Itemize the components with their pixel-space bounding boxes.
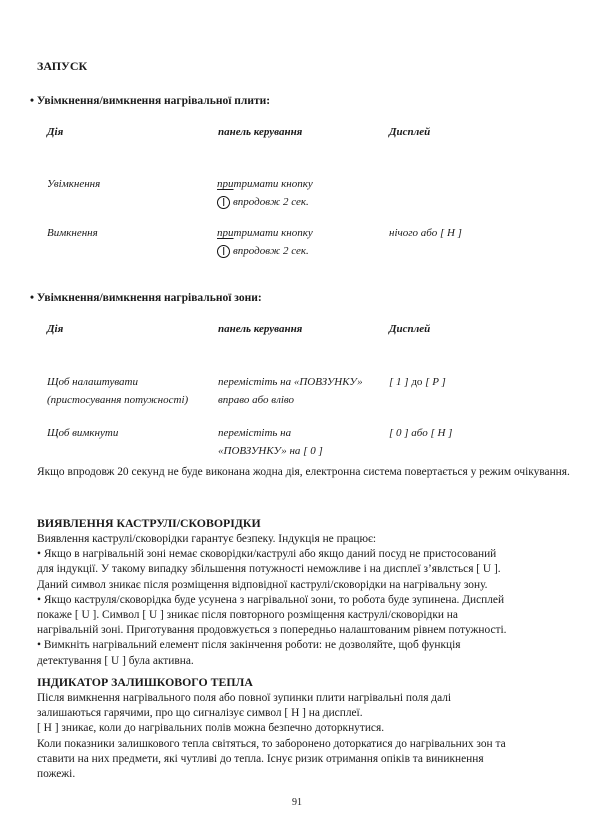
body-line: • Вимкніть нагрівальний елемент після за… [37, 638, 507, 653]
standby-note: Якщо впродовж 20 секунд не буде виконана… [37, 465, 577, 480]
body-line: Даний символ зникає після розміщення від… [37, 578, 507, 593]
zone-row-1-control: перемістіть на «ПОВЗУНКУ» вправо або влі… [218, 373, 363, 409]
hob-row-1-action: Увімкнення [47, 175, 100, 193]
control-line-2: вправо або вліво [218, 391, 363, 409]
hob-col-display: Дисплей [389, 126, 430, 138]
action-line-1: Щоб налаштувати [47, 373, 188, 391]
zone-col-action: Дія [47, 323, 63, 335]
pan-detection-body: Виявлення каструлі/сковорідки гарантує б… [37, 532, 507, 669]
body-line: • Якщо в нагрівальній зоні немає сковорі… [37, 547, 507, 562]
body-line: нагрівальній зоні. Приготування продовжу… [37, 623, 507, 638]
pan-detection-title: ВИЯВЛЕННЯ КАСТРУЛІ/СКОВОРІДКИ [37, 516, 261, 531]
control-line-1: перемістіть на «ПОВЗУНКУ» [218, 373, 363, 391]
body-line: Коли показники залишкового тепла світять… [37, 737, 506, 752]
body-line: [ H ] зникає, коли до нагрівальних полів… [37, 721, 506, 736]
zone-row-2-action: Щоб вимкнути [47, 424, 118, 442]
section-title: ЗАПУСК [37, 59, 87, 74]
hob-row-2-display: нічого або [ H ] [389, 224, 462, 242]
zone-col-display: Дисплей [389, 323, 430, 335]
zone-row-1-action: Щоб налаштувати (пристосування потужност… [47, 373, 188, 409]
control-duration: впродовж 2 сек. [233, 242, 309, 260]
hob-row-2-control: притримати кнопку впродовж 2 сек. [217, 224, 313, 260]
body-line: покаже [ U ]. Символ [ U ] зникає після … [37, 608, 507, 623]
control-duration: впродовж 2 сек. [233, 193, 309, 211]
control-line-1: перемістіть на [218, 424, 323, 442]
hob-col-action: Дія [47, 126, 63, 138]
control-text: тримати кнопку [234, 178, 313, 190]
zone-row-2-control: перемістіть на «ПОВЗУНКУ» на [ 0 ] [218, 424, 323, 460]
control-underlined-text: при [217, 178, 234, 190]
hob-col-control: панель керування [218, 126, 302, 138]
residual-heat-title: ІНДИКАТОР ЗАЛИШКОВОГО ТЕПЛА [37, 675, 253, 690]
hob-row-2-action: Вимкнення [47, 224, 98, 242]
residual-heat-body: Після вимкнення нагрівального поля або п… [37, 691, 506, 782]
body-line: для індукції. У такому випадку збільшенн… [37, 562, 507, 577]
power-icon [217, 196, 230, 209]
display-from: [ 1 ] [389, 376, 409, 388]
zone-toggle-heading: • Увімкнення/вимкнення нагрівальної зони… [30, 292, 262, 304]
body-line: Виявлення каструлі/сковорідки гарантує б… [37, 532, 507, 547]
display-separator: до [409, 376, 426, 388]
zone-col-control: панель керування [218, 323, 302, 335]
zone-row-2-display: [ 0 ] або [ H ] [389, 424, 452, 442]
control-line-2: «ПОВЗУНКУ» на [ 0 ] [218, 442, 323, 460]
body-line: ставити на них предмети, які чутливі до … [37, 752, 506, 767]
page-number: 91 [292, 797, 302, 808]
display-to: [ P ] [425, 376, 446, 388]
action-line-2: (пристосування потужності) [47, 391, 188, 409]
hob-row-1-control: притримати кнопку впродовж 2 сек. [217, 175, 313, 211]
zone-row-1-display: [ 1 ] до [ P ] [389, 373, 446, 391]
control-text: тримати кнопку [234, 227, 313, 239]
body-line: пожежі. [37, 767, 506, 782]
body-line: залишаються гарячими, про що сигналізує … [37, 706, 506, 721]
body-line: Після вимкнення нагрівального поля або п… [37, 691, 506, 706]
hob-toggle-heading: • Увімкнення/вимкнення нагрівальної плит… [30, 95, 270, 107]
body-line: • Якщо каструля/сковорідка буде усунена … [37, 593, 507, 608]
control-underlined-text: при [217, 227, 234, 239]
power-icon [217, 245, 230, 258]
body-line: детектування [ U ] була активна. [37, 654, 507, 669]
